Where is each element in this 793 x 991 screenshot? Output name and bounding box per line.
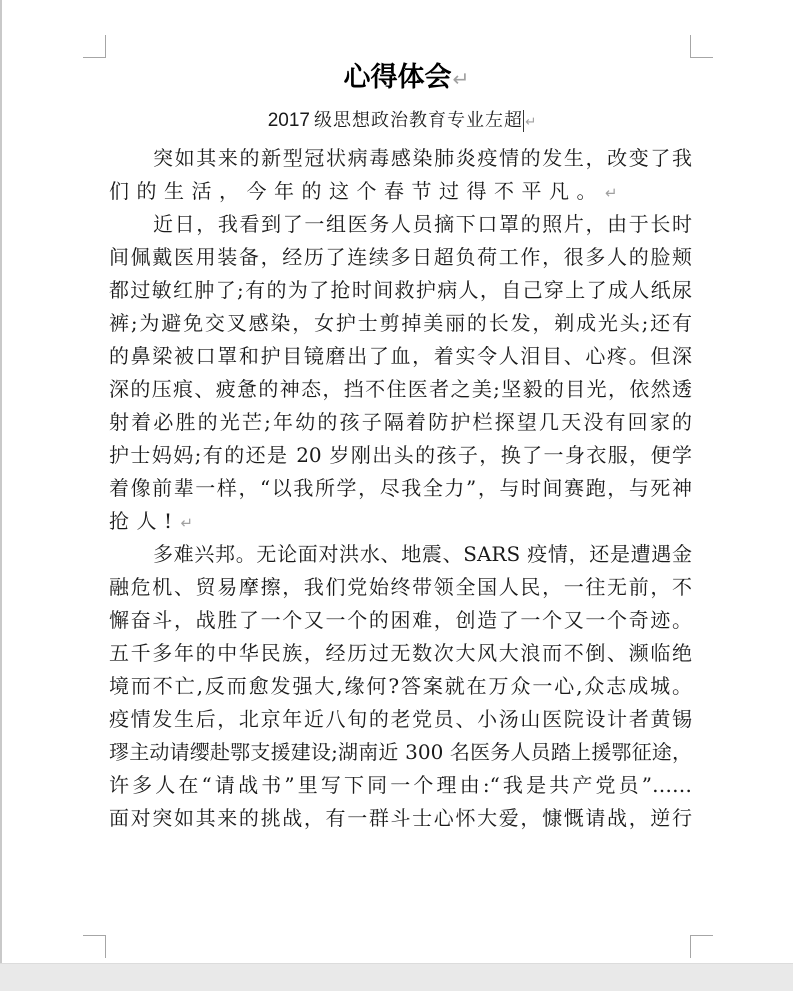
document-body[interactable]: 突如其来的新型冠状病毒感染肺炎疫情的发生，改变了我 们的生活，今年的这个春节过得… xyxy=(109,142,692,835)
body-line: 着像前辈一样，“以我所学，尽我全力”，与时间赛跑，与死神 xyxy=(109,472,692,505)
body-line: 五千多年的中华民族，经历过无数次大风大浪而不倒、濒临绝 xyxy=(109,637,692,670)
document-subtitle[interactable]: 2017级思想政治教育专业左超↵ xyxy=(2,106,793,137)
body-line: 面对突如其来的挑战，有一群斗士心怀大爱，慷慨请战，逆行 xyxy=(109,802,692,835)
body-line-text: 抢人! xyxy=(109,509,180,533)
window-bottom-bar xyxy=(0,963,793,991)
body-line: 都过敏红肿了;有的为了抢时间救护病人，自己穿上了成人纸尿 xyxy=(109,274,692,307)
title-text: 心得体会 xyxy=(344,62,452,93)
paragraph-mark-icon: ↵ xyxy=(605,184,625,202)
body-line: 间佩戴医用装备，经历了连续多日超负荷工作，很多人的脸颊 xyxy=(109,241,692,274)
margin-corner-bottom-right xyxy=(690,935,713,958)
body-line: 懈奋斗，战胜了一个又一个的困难，创造了一个又一个奇迹。 xyxy=(109,604,692,637)
body-line: 疫情发生后，北京年近八旬的老党员、小汤山医院设计者黄锡 xyxy=(109,703,692,736)
body-line: 璆主动请缨赴鄂支援建设;湖南近 300 名医务人员踏上援鄂征途， xyxy=(109,736,692,769)
body-line-end: 抢人!↵ xyxy=(109,505,692,538)
paragraph-mark-icon: ↵ xyxy=(181,514,201,532)
body-line: 许多人在“请战书”里写下同一个理由:“我是共产党员”…… xyxy=(109,769,692,802)
margin-corner-top-right xyxy=(690,35,713,58)
body-line: 境而不亡,反而愈发强大,缘何?答案就在万众一心,众志成城。 xyxy=(109,670,692,703)
body-line: 护士妈妈;有的还是 20 岁刚出头的孩子，换了一身衣服，便学 xyxy=(109,439,692,472)
paragraph-mark-icon: ↵ xyxy=(525,114,537,130)
document-page[interactable]: 心得体会↵ 2017级思想政治教育专业左超↵ 突如其来的新型冠状病毒感染肺炎疫情… xyxy=(2,0,793,963)
margin-corner-top-left xyxy=(83,35,106,58)
document-title[interactable]: 心得体会↵ xyxy=(2,60,793,97)
paragraph-mark-icon: ↵ xyxy=(453,67,470,91)
body-line: 多难兴邦。无论面对洪水、地震、SARS 疫情，还是遭遇金 xyxy=(109,538,692,571)
body-line-end: 们的生活，今年的这个春节过得不平凡。↵ xyxy=(109,175,692,208)
body-line: 融危机、贸易摩擦，我们党始终带领全国人民，一往无前，不 xyxy=(109,571,692,604)
body-line: 突如其来的新型冠状病毒感染肺炎疫情的发生，改变了我 xyxy=(109,142,692,175)
margin-corner-bottom-left xyxy=(83,935,106,958)
subtitle-text: 级思想政治教育专业左超 xyxy=(314,110,523,131)
body-line: 裤;为避免交叉感染，女护士剪掉美丽的长发，剃成光头;还有 xyxy=(109,307,692,340)
body-line-text: 们的生活，今年的这个春节过得不平凡。 xyxy=(109,179,604,203)
body-line: 近日，我看到了一组医务人员摘下口罩的照片，由于长时 xyxy=(109,208,692,241)
body-line: 射着必胜的光芒;年幼的孩子隔着防护栏探望几天没有回家的 xyxy=(109,406,692,439)
subtitle-year: 2017 xyxy=(268,110,310,131)
body-line: 的鼻梁被口罩和护目镜磨出了血，着实令人泪目、心疼。但深 xyxy=(109,340,692,373)
body-line: 深的压痕、疲惫的神态，挡不住医者之美;坚毅的目光，依然透 xyxy=(109,373,692,406)
text-cursor xyxy=(523,110,524,132)
